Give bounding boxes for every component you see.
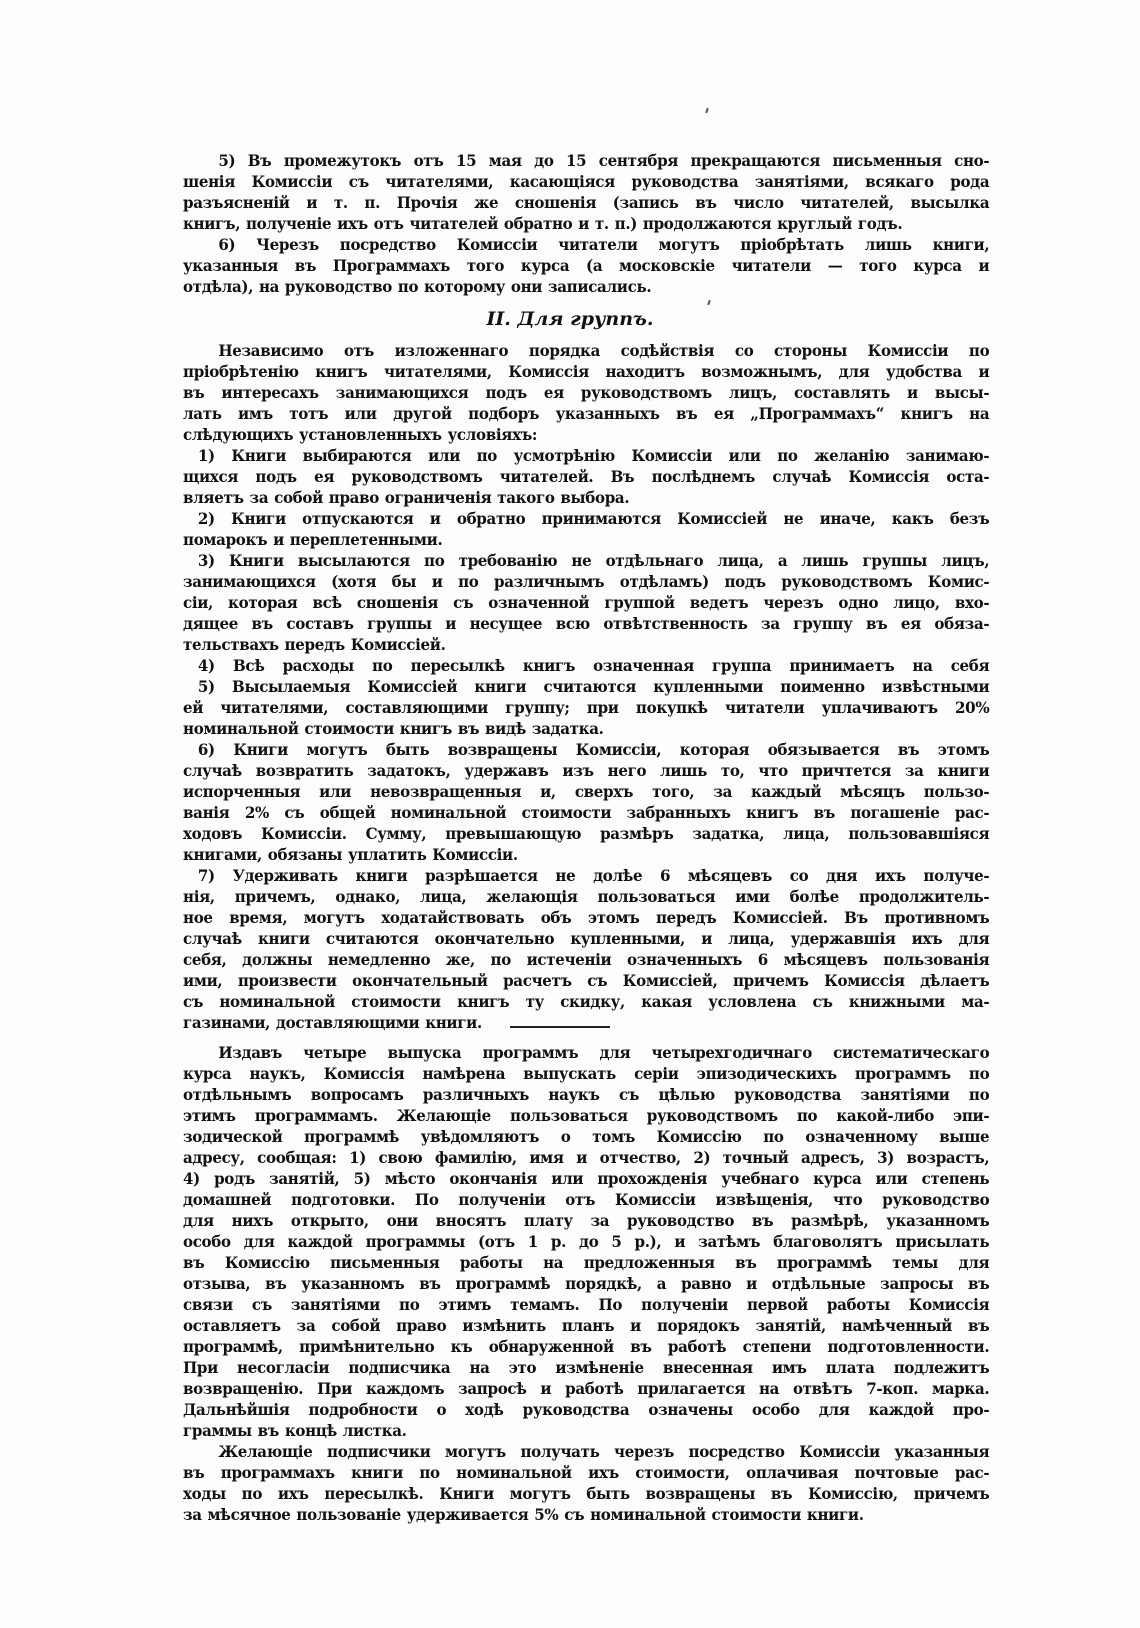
- text-line: 4) родъ занятій, 5) мѣсто окончанія или …: [183, 1168, 989, 1189]
- text-line: ей читателями, составляющими группу; при…: [183, 697, 989, 718]
- text-line: ванія 2% съ общей номинальной стоимости …: [183, 802, 989, 823]
- text-line: помарокъ и переплетенными.: [183, 529, 989, 550]
- text-line: адресу, сообщая: 1) свою фамилію, имя и …: [183, 1147, 989, 1168]
- text-line: для нихъ открыто, они вносятъ плату за р…: [183, 1210, 989, 1231]
- text-line: сіи, которая всѣ сношенія съ означенной …: [183, 592, 989, 613]
- section-ii-body: Независимо отъ изложеннаго порядка содѣй…: [183, 340, 989, 1033]
- text-line: пріобрѣтенію книгъ читателями, Комиссія …: [183, 361, 989, 382]
- text-line: дящее въ составъ группы и несущее всю от…: [183, 613, 989, 634]
- text-line: ими, произвести окончательный расчетъ съ…: [183, 970, 989, 991]
- text-line: При несогласіи подписчика на это измѣнен…: [183, 1357, 989, 1378]
- text-line: 3) Книги высылаются по требованію не отд…: [183, 550, 989, 571]
- text-line: отдѣльнымъ вопросамъ различныхъ наукъ съ…: [183, 1084, 989, 1105]
- text-line: программѣ, примѣнительно къ обнаруженной…: [183, 1336, 989, 1357]
- text-line: домашней подготовки. По полученіи отъ Ко…: [183, 1189, 989, 1210]
- text-line: въ Комиссію письменныя работы на предлож…: [183, 1252, 989, 1273]
- text-line: номинальной стоимости книгъ въ видѣ зада…: [183, 718, 989, 739]
- text-line: лать имъ тотъ или другой подборъ указанн…: [183, 403, 989, 424]
- text-line: слѣдующихъ установленныхъ условіяхъ:: [183, 424, 989, 445]
- text-line: 1) Книги выбираются или по усмотрѣнію Ко…: [183, 445, 989, 466]
- text-line: отзыва, въ указанномъ въ программѣ поряд…: [183, 1273, 989, 1294]
- text-line: оставляетъ за собой право измѣнить планъ…: [183, 1315, 989, 1336]
- text-line: щихся подъ ея руководствомъ читателей. В…: [183, 466, 989, 487]
- scan-speck: [705, 108, 709, 113]
- text-line: себя, должны немедленно же, по истеченіи…: [183, 949, 989, 970]
- text-line: возвращенію. При каждомъ запросѣ и работ…: [183, 1378, 989, 1399]
- text-line: газинами, доставляющими книги.: [183, 1012, 989, 1033]
- text-line: 4) Всѣ расходы по пересылкѣ книгъ означе…: [183, 655, 989, 676]
- text-line: шенія Комиссіи съ читателями, касающіяся…: [183, 171, 989, 192]
- text-line: 6) Черезъ посредство Комиссіи читатели м…: [183, 234, 989, 255]
- text-line: 5) Въ промежутокъ отъ 15 мая до 15 сентя…: [183, 150, 989, 171]
- episodic-programs-body: Издавъ четыре выпуска программъ для четы…: [183, 1042, 989, 1525]
- text-line: разъясненій и т. п. Прочія же сношенія (…: [183, 192, 989, 213]
- text-line: Желающіе подписчики могутъ получать чере…: [183, 1441, 989, 1462]
- text-line: Издавъ четыре выпуска программъ для четы…: [183, 1042, 989, 1063]
- text-line: отдѣла), на руководство по которому они …: [183, 276, 989, 297]
- text-line: связи съ занятіями по этимъ темамъ. По п…: [183, 1294, 989, 1315]
- text-line: книгъ, полученіе ихъ отъ читателей обрат…: [183, 213, 989, 234]
- text-line: ное время, могутъ ходатайствовать объ эт…: [183, 907, 989, 928]
- text-line: граммы въ концѣ листка.: [183, 1420, 989, 1441]
- section-divider-rule: [510, 1026, 610, 1028]
- text-line: вляетъ за собой право ограниченія такого…: [183, 487, 989, 508]
- text-line: въ интересахъ занимающихся подъ ея руков…: [183, 382, 989, 403]
- text-line: книгами, обязаны уплатить Комиссіи.: [183, 844, 989, 865]
- text-line: случаѣ возвратить задатокъ, удержавъ изъ…: [183, 760, 989, 781]
- text-line: случаѣ книги считаются окончательно купл…: [183, 928, 989, 949]
- text-line: испорченныя или невозвращенныя и, сверхъ…: [183, 781, 989, 802]
- text-line: 6) Книги могутъ быть возвращены Комиссіи…: [183, 739, 989, 760]
- text-line: 7) Удерживать книги разрѣшается не долѣе…: [183, 865, 989, 886]
- scanned-page: 5) Въ промежутокъ отъ 15 мая до 15 сентя…: [0, 0, 1140, 1628]
- text-line: зодической программѣ увѣдомляютъ о томъ …: [183, 1126, 989, 1147]
- text-line: этимъ программамъ. Желающіе пользоваться…: [183, 1105, 989, 1126]
- text-line: 2) Книги отпускаются и обратно принимают…: [183, 508, 989, 529]
- text-line: указанныя въ Программахъ того курса (а м…: [183, 255, 989, 276]
- text-line: 5) Высылаемыя Комиссіей книги считаются …: [183, 676, 989, 697]
- text-line: ходы по ихъ пересылкѣ. Книги могутъ быть…: [183, 1483, 989, 1504]
- section-i-items: 5) Въ промежутокъ отъ 15 мая до 15 сентя…: [183, 150, 989, 297]
- text-line: занимающихся (хотя бы и по различнымъ от…: [183, 571, 989, 592]
- text-line: Дальнѣйшія подробности о ходѣ руководств…: [183, 1399, 989, 1420]
- text-line: Независимо отъ изложеннаго порядка содѣй…: [183, 340, 989, 361]
- text-line: за мѣсячное пользованіе удерживается 5% …: [183, 1504, 989, 1525]
- text-line: съ номинальной стоимости книгъ ту скидку…: [183, 991, 989, 1012]
- text-line: тельствахъ передъ Комиссіей.: [183, 634, 989, 655]
- text-line: курса наукъ, Комиссія намѣрена выпускать…: [183, 1063, 989, 1084]
- text-line: ходовъ Комиссіи. Сумму, превышающую разм…: [183, 823, 989, 844]
- text-line: нія, причемъ, однако, лица, желающія пол…: [183, 886, 989, 907]
- text-line: въ программахъ книги по номинальной ихъ …: [183, 1462, 989, 1483]
- section-heading: II. Для группъ.: [0, 308, 1140, 330]
- scan-speck: [707, 300, 711, 305]
- text-line: особо для каждой программы (отъ 1 р. до …: [183, 1231, 989, 1252]
